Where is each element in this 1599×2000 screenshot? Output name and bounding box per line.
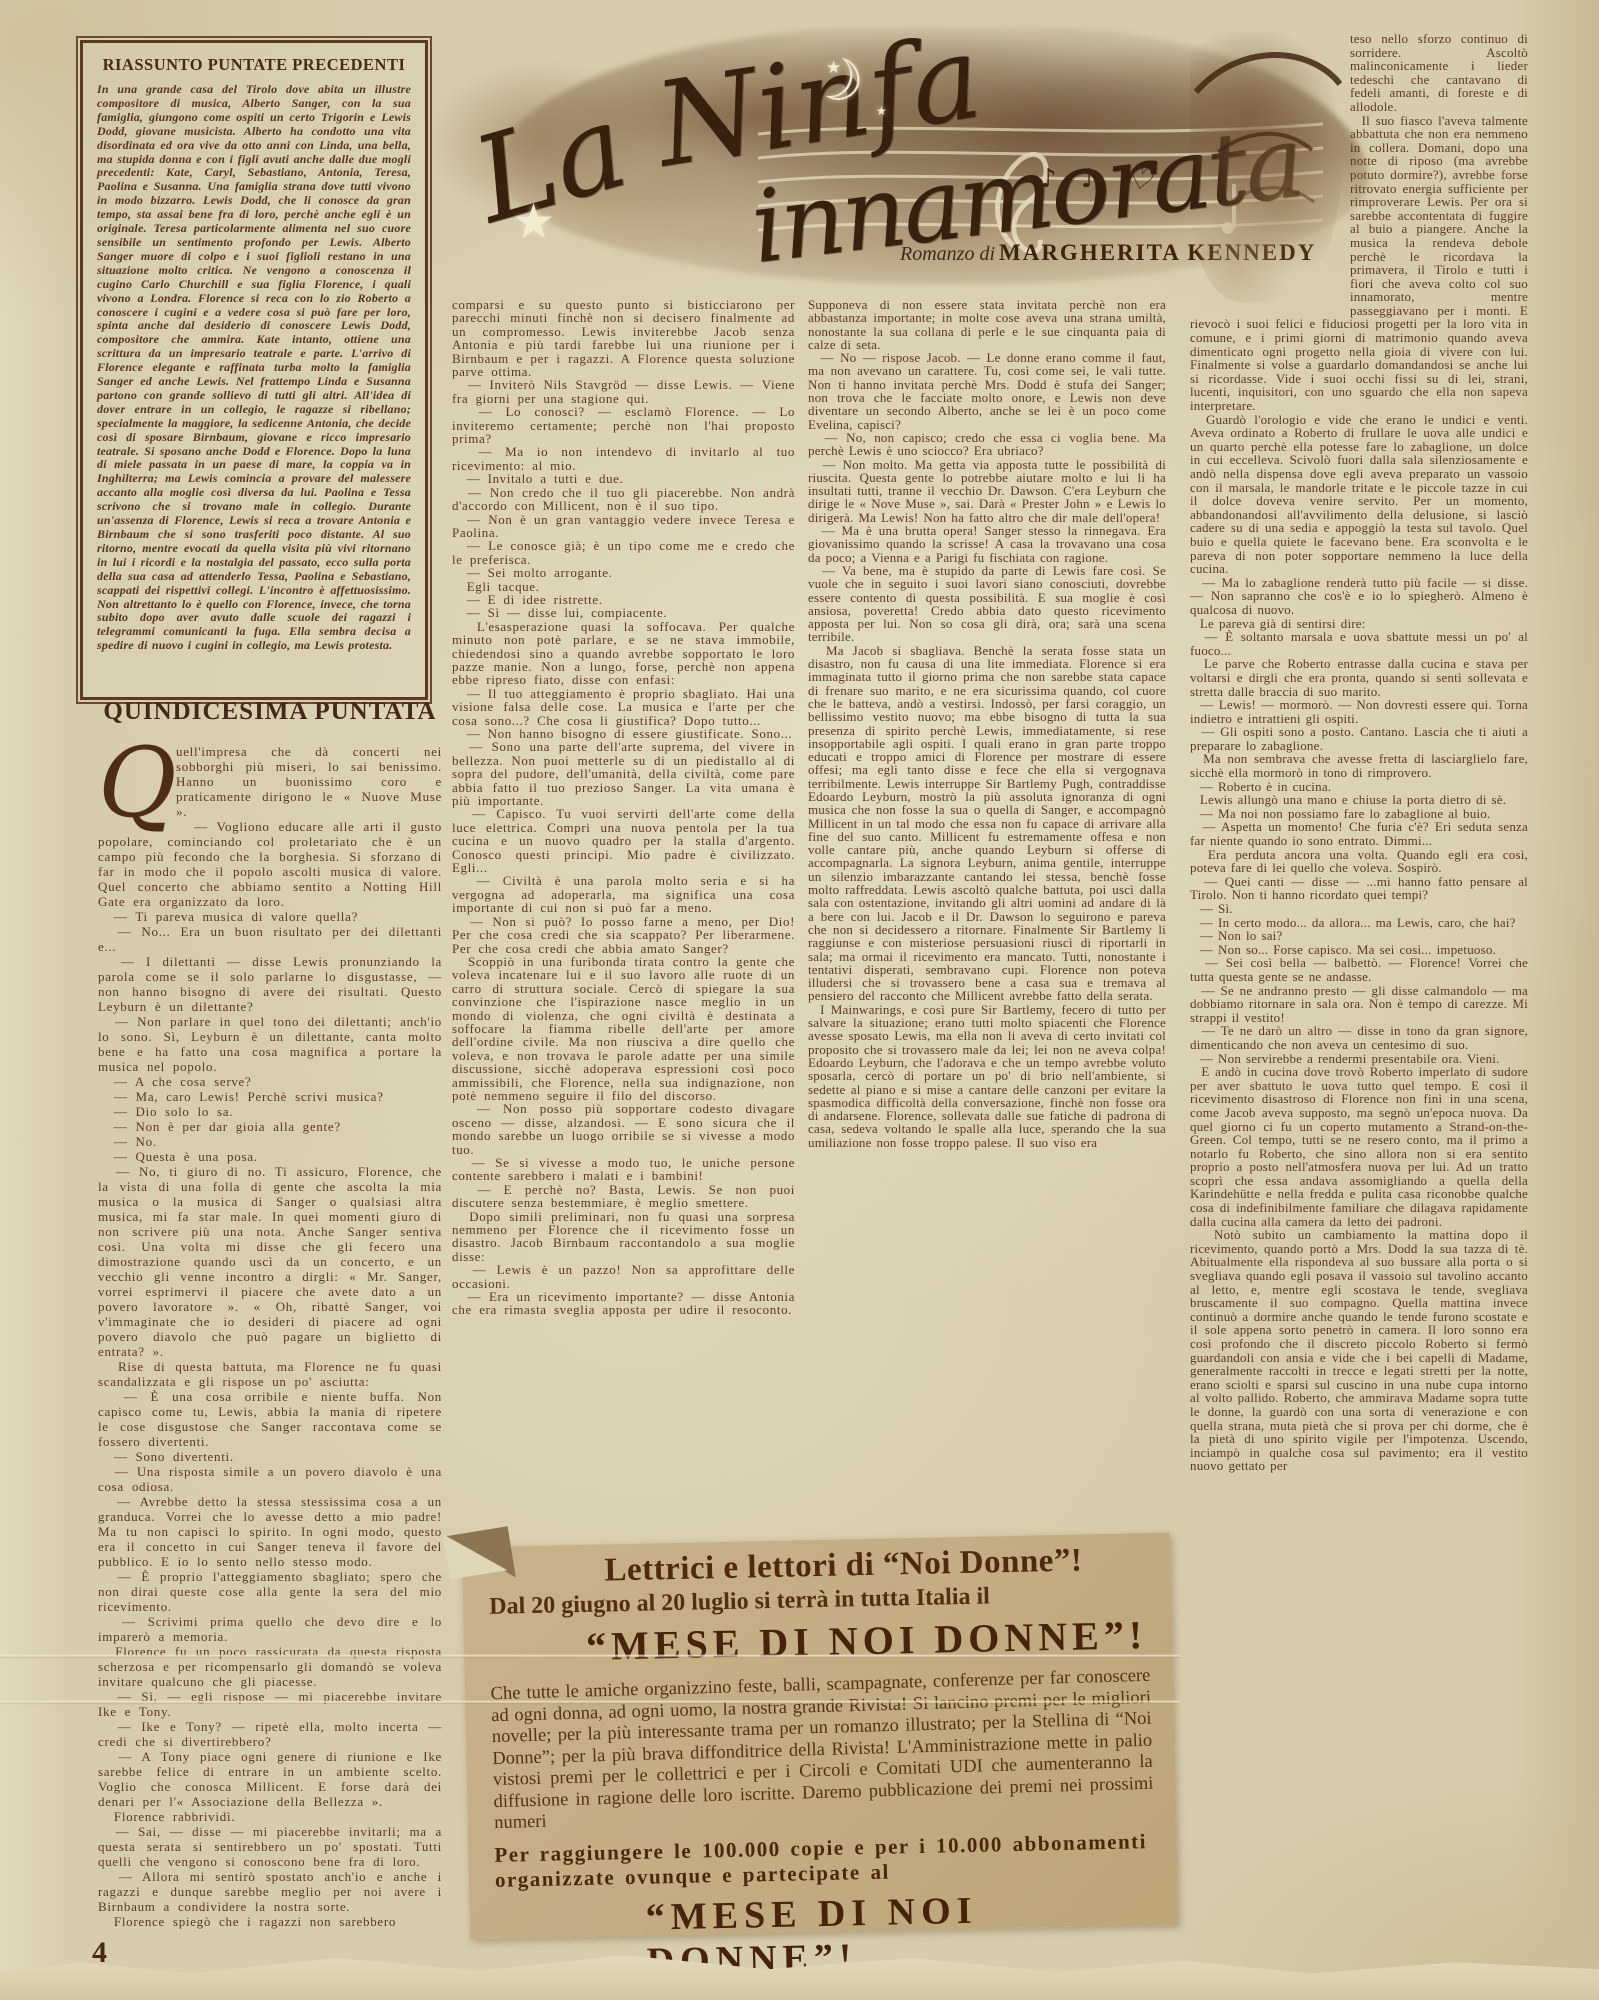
summary-body: In una grande casa del Tirolo dove abita… (97, 83, 411, 653)
summary-heading: RIASSUNTO PUNTATE PRECEDENTI (97, 55, 411, 75)
music-notes-icon: ♪ ♪ (1040, 164, 1105, 194)
novel-column-3-text: Supponeva di non essere stata invitata p… (808, 298, 1166, 1149)
installment-heading: QUINDICESIMA PUNTATA (98, 698, 442, 726)
drop-cap: Q (98, 744, 176, 832)
ad-banner: “MESE DI NOI DONNE”! (586, 1611, 1151, 1670)
ad-call-to-action: Per raggiungere le 100.000 copie e per i… (494, 1829, 1155, 1893)
ad-body: Che tutte le amiche organizzino feste, b… (490, 1666, 1154, 1835)
novel-column-2: comparsi e su questo punto si bisticciar… (452, 298, 795, 1536)
newspaper-page: RIASSUNTO PUNTATE PRECEDENTI In una gran… (0, 0, 1599, 2000)
summary-box: RIASSUNTO PUNTATE PRECEDENTI In una gran… (80, 40, 428, 700)
flourish-stroke-icon (1190, 32, 1342, 302)
novel-column-2-text: comparsi e su questo punto si bisticciar… (452, 298, 795, 1317)
novel-column-1: Q uell'impresa che dà concerti nei sobbo… (98, 744, 442, 1992)
novel-column-3: Supponeva di non essere stata invitata p… (808, 298, 1166, 1536)
title-brush-tail (1190, 32, 1342, 302)
folded-corner-back (443, 1525, 508, 1580)
star-icon: ★ (512, 194, 555, 250)
byline-prefix: Romanzo di (900, 243, 995, 265)
paper-crease (0, 1654, 1180, 1659)
page-number: 4 (92, 1936, 107, 1970)
novel-column-1-text: uell'impresa che dà concerti nei sobborg… (98, 744, 442, 1929)
novel-column-4: teso nello sforzo continuo di sorridere.… (1190, 32, 1528, 1926)
ad-box-mese-di-noi-donne: Lettrici e lettori di “Noi Donne”! Dal 2… (462, 1533, 1178, 1940)
paper-crease (0, 1700, 1180, 1705)
star-icon: ★ (876, 104, 887, 119)
